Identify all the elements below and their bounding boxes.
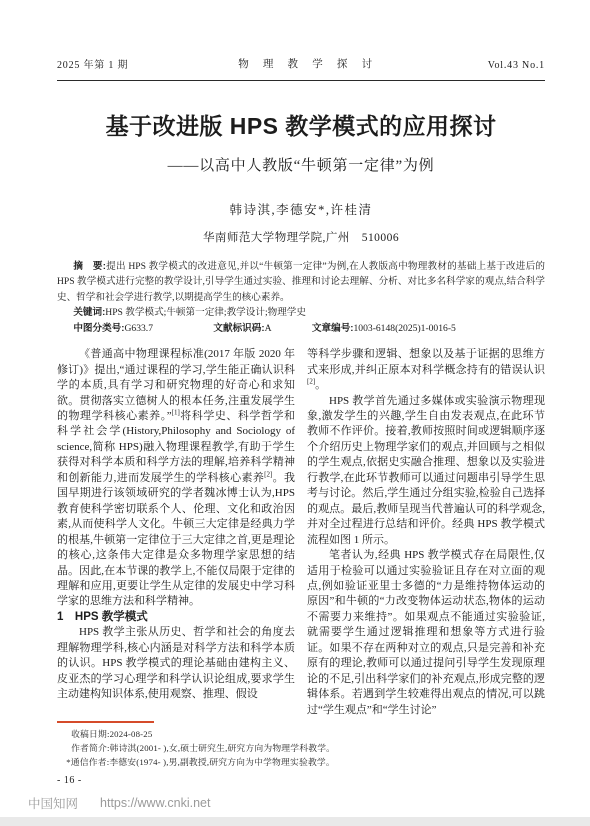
cnki-url[interactable]: https://www.cnki.net <box>100 796 210 810</box>
journal-name: 物 理 教 学 探 讨 <box>238 56 378 71</box>
keywords-line: 关键词:HPS 教学模式;牛顿第一定律;教学设计;物理学史 <box>57 305 545 320</box>
abstract-text: 提出 HPS 教学模式的改进意见,并以“牛顿第一定律”为例,在人教版高中物理教材… <box>57 261 545 303</box>
keywords-text: HPS 教学模式;牛顿第一定律;教学设计;物理学史 <box>105 307 306 318</box>
paper-page: 2025 年第 1 期 物 理 教 学 探 讨 Vol.43 No.1 基于改进… <box>0 0 590 826</box>
journal-volume: Vol.43 No.1 <box>488 60 545 71</box>
clc-segment: 中图分类号:G633.7 <box>73 323 153 334</box>
footnote-author-bio: 作者简介:韩诗淇(2001- ),女,硕士研究生,研究方向为物理学科教学。 <box>57 742 545 756</box>
cnki-watermark: 中国知网 https://www.cnki.net <box>28 794 210 812</box>
abstract-block: 摘 要:提出 HPS 教学模式的改进意见,并以“牛顿第一定律”为例,在人教版高中… <box>57 259 545 305</box>
doccode-value: A <box>265 323 272 334</box>
doccode-segment: 文献标识码:A <box>213 323 271 334</box>
page-number: - 16 - <box>57 775 545 786</box>
meta-line: 中图分类号:G633.7 文献标识码:A 文章编号:1003-6148(2025… <box>57 321 545 337</box>
viewer-bottom-strip <box>0 817 590 826</box>
author-line: 韩诗淇,李德安*,许桂清 <box>57 200 545 218</box>
left-column: 《普通高中物理课程标准(2017 年版 2020 年修订)》提出,“通过课程的学… <box>57 347 295 718</box>
paper-subtitle: ——以高中人教版“牛顿第一定律”为例 <box>57 154 545 175</box>
cnki-brand: 中国知网 <box>28 794 78 812</box>
body-paragraph: 笔者认为,经典 HPS 教学模式存在局限性,仅适用于检验可以通过实验验证且存在对… <box>307 548 545 718</box>
footnote-block: 收稿日期:2024-08-25 作者简介:韩诗淇(2001- ),女,硕士研究生… <box>57 721 545 769</box>
section-heading-1: 1 HPS 教学模式 <box>57 610 295 625</box>
body-columns: 《普通高中物理课程标准(2017 年版 2020 年修订)》提出,“通过课程的学… <box>57 347 545 718</box>
affiliation-line: 华南师范大学物理学院,广州 510006 <box>57 229 545 245</box>
article-id-label: 文章编号: <box>312 323 354 334</box>
journal-header: 2025 年第 1 期 物 理 教 学 探 讨 Vol.43 No.1 <box>57 56 545 81</box>
body-paragraph: 等科学步骤和逻辑、想象以及基于证据的思维方式来形成,并纠正原本对科学概念持有的错… <box>307 347 545 393</box>
article-id-value: 1003-6148(2025)1-0016-5 <box>354 323 456 334</box>
body-paragraph: 《普通高中物理课程标准(2017 年版 2020 年修订)》提出,“通过课程的学… <box>57 347 295 610</box>
body-paragraph: HPS 教学主张从历史、哲学和社会的角度去理解物理学科,核心内涵是对科学方法和科… <box>57 625 295 702</box>
footnote-rule <box>57 721 154 723</box>
article-id-segment: 文章编号:1003-6148(2025)1-0016-5 <box>312 323 456 334</box>
body-paragraph: HPS 教学首先通过多媒体或实验演示物理现象,激发学生的兴趣,学生自由发表观点,… <box>307 394 545 549</box>
keywords-label: 关键词: <box>73 307 105 318</box>
clc-value: G633.7 <box>124 323 153 334</box>
journal-issue: 2025 年第 1 期 <box>57 56 128 71</box>
footnote-received-date: 收稿日期:2024-08-25 <box>57 728 545 742</box>
footnote-corresponding-author: *通信作者:李德安(1974- ),男,副教授,研究方向为中学物理实验教学。 <box>57 756 545 770</box>
doccode-label: 文献标识码: <box>213 323 264 334</box>
right-column: 等科学步骤和逻辑、想象以及基于证据的思维方式来形成,并纠正原本对科学概念持有的错… <box>307 347 545 718</box>
clc-label: 中图分类号: <box>73 323 124 334</box>
paper-title: 基于改进版 HPS 教学模式的应用探讨 <box>57 108 545 141</box>
abstract-label: 摘 要: <box>73 261 106 272</box>
